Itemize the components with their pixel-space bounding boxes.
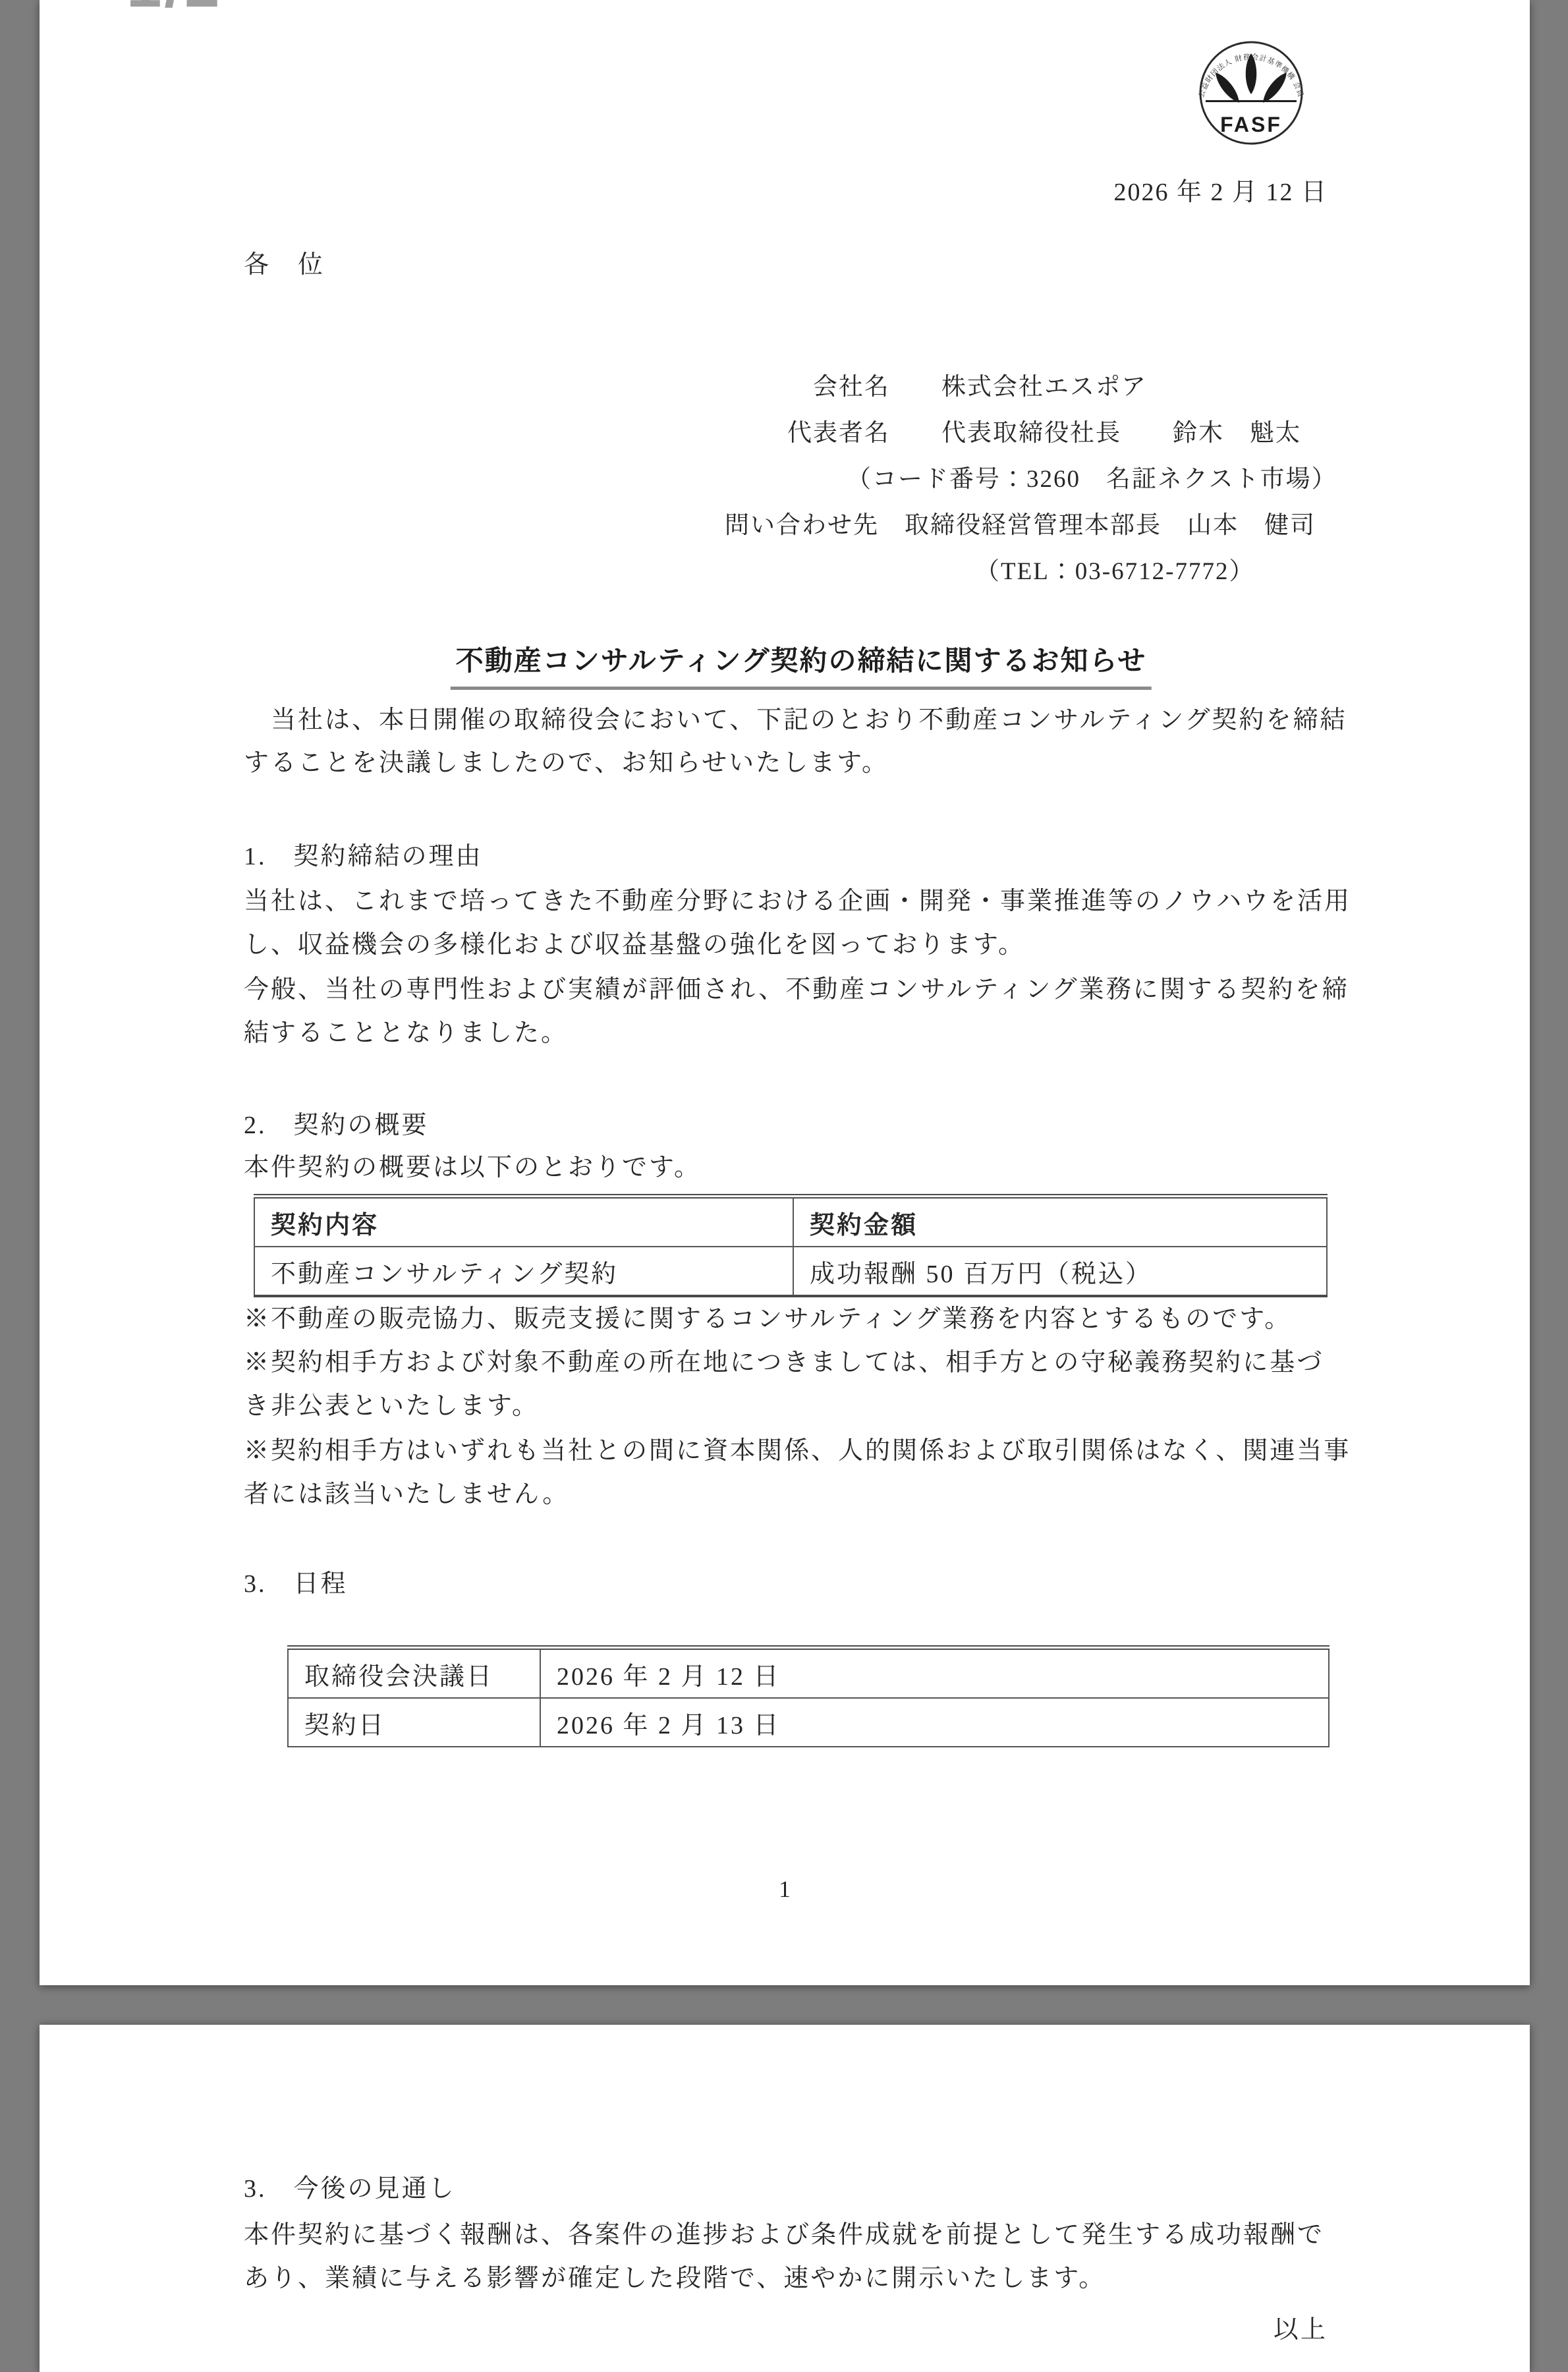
note-line: ※不動産の販売協力、販売支援に関するコンサルティング業務を内容とするものです。 — [244, 1303, 1291, 1335]
issue-date: 2026 年 2 月 12 日 — [1113, 171, 1328, 208]
page-indicator: 1/2 — [126, 0, 278, 20]
table-cell: 2026 年 2 月 13 日 — [540, 1698, 1329, 1747]
table-row: 不動産コンサルティング契約 成功報酬 50 百万円（税込） — [254, 1247, 1327, 1296]
body-line: し、収益機会の多様化および収益基盤の強化を図っております。 — [244, 929, 1025, 961]
closing-statement: 以上 — [1274, 2309, 1328, 2345]
note-line: ※契約相手方はいずれも当社との間に資本関係、人的関係および取引関係はなく、関連当… — [244, 1435, 1351, 1467]
table-header-cell: 契約内容 — [254, 1197, 793, 1247]
schedule-table: 取締役会決議日 2026 年 2 月 12 日 契約日 2026 年 2 月 1… — [287, 1645, 1330, 1747]
company-name-line: 会社名 株式会社エスポア — [813, 372, 1147, 403]
body-line: 当社は、本日開催の取締役会において、下記のとおり不動産コンサルティング契約を締結 — [244, 704, 1347, 736]
note-line: ※契約相手方および対象不動産の所在地につきましては、相手方との守秘義務契約に基づ — [244, 1347, 1324, 1378]
logo-label: FASF — [1220, 113, 1282, 136]
body-line: 本件契約の概要は以下のとおりです。 — [244, 1152, 701, 1183]
document-viewer: 1/2 公益財団法人 財務会計基準機構 会員 FASF 2026 年 2 月 1… — [0, 0, 1568, 2372]
page-number: 1 — [779, 1875, 791, 1903]
section-3-heading: 3. 日程 — [244, 1568, 348, 1600]
table-row: 契約日 2026 年 2 月 13 日 — [288, 1698, 1329, 1747]
body-line: 今般、当社の専門性および実績が評価され、不動産コンサルティング業務に関する契約を… — [244, 974, 1349, 1005]
contract-table: 契約内容 契約金額 不動産コンサルティング契約 成功報酬 50 百万円（税込） — [254, 1194, 1328, 1297]
note-line: き非公表といたします。 — [244, 1390, 539, 1422]
body-line: あり、業績に与える影響が確定した段階で、速やかに開示いたします。 — [244, 2263, 1106, 2294]
outlook-heading: 3. 今後の見通し — [244, 2173, 456, 2205]
table-cell: 取締役会決議日 — [288, 1648, 540, 1699]
table-cell: 成功報酬 50 百万円（税込） — [793, 1247, 1327, 1296]
section-2-heading: 2. 契約の概要 — [244, 1110, 429, 1141]
table-header-cell: 契約金額 — [793, 1197, 1327, 1247]
body-line: 結することとなりました。 — [244, 1017, 568, 1049]
stock-code-line: （コード番号：3260 名証ネクスト市場） — [847, 464, 1337, 495]
page-indicator-text: 1/2 — [126, 0, 278, 17]
note-line: 者には該当いたしません。 — [244, 1479, 569, 1510]
contact-line: 問い合わせ先 取締役経営管理本部長 山本 健司 — [725, 510, 1316, 542]
representative-line: 代表者名 代表取締役社長 鈴木 魁太 — [787, 418, 1301, 449]
body-line: 本件契約に基づく報酬は、各案件の進捗および条件成就を前提として発生する成功報酬で — [244, 2219, 1324, 2251]
section-1-heading: 1. 契約締結の理由 — [244, 841, 483, 872]
table-cell: 2026 年 2 月 12 日 — [540, 1648, 1329, 1699]
table-cell: 不動産コンサルティング契約 — [254, 1247, 793, 1296]
table-cell: 契約日 — [288, 1698, 540, 1747]
body-line: することを決議しましたので、お知らせいたします。 — [244, 747, 889, 779]
recipient: 各 位 — [244, 249, 325, 281]
body-line: 当社は、これまで培ってきた不動産分野における企画・開発・事業推進等のノウハウを活… — [244, 886, 1351, 917]
table-row: 取締役会決議日 2026 年 2 月 12 日 — [288, 1648, 1329, 1699]
table-header-row: 契約内容 契約金額 — [254, 1197, 1327, 1247]
tel-line: （TEL：03-6712-7772） — [975, 556, 1254, 588]
fasf-logo: 公益財団法人 財務会計基準機構 会員 FASF — [1192, 40, 1310, 146]
